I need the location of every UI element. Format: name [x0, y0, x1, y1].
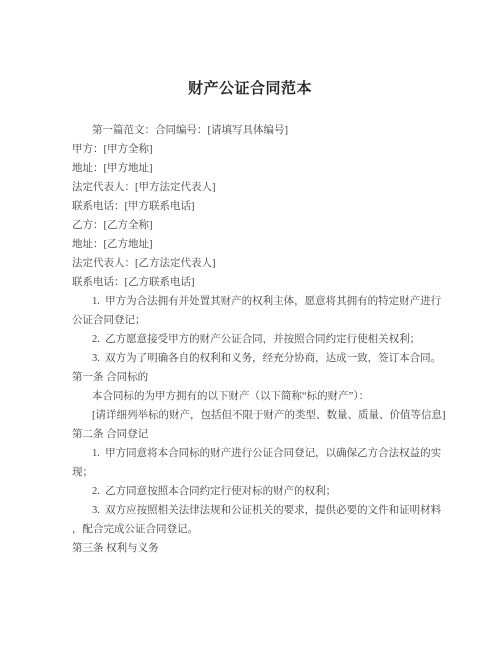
- document-line: 现；: [72, 463, 432, 482]
- document-line: 乙方：[乙方全称]: [72, 216, 432, 235]
- document-line: 法定代表人：[甲方法定代表人]: [72, 178, 432, 197]
- document-line: 2. 乙方愿意接受甲方的财产公证合同，并按照合同约定行使相关权利；: [72, 330, 432, 349]
- section-heading: 第三条 权利与义务: [72, 539, 432, 558]
- document-line: 甲方：[甲方全称]: [72, 140, 432, 159]
- document-line: 公证合同登记；: [72, 311, 432, 330]
- document-body: 第一篇范文：合同编号：[请填写具体编号]甲方：[甲方全称]地址：[甲方地址]法定…: [72, 121, 432, 558]
- document-line: 联系电话：[乙方联系电话]: [72, 273, 432, 292]
- document-line: 3. 双方应按照相关法律法规和公证机关的要求，提供必要的文件和证明材料: [72, 501, 432, 520]
- document-line: 3. 双方为了明确各自的权利和义务，经充分协商，达成一致，签订本合同。: [72, 349, 432, 368]
- document-line: 地址：[甲方地址]: [72, 159, 432, 178]
- document-line: 本合同标的为甲方拥有的以下财产（以下简称“标的财产”）：: [72, 387, 432, 406]
- section-heading: 第一条 合同标的: [72, 368, 432, 387]
- document-title: 财产公证合同范本: [0, 0, 500, 100]
- document-line: 法定代表人：[乙方法定代表人]: [72, 254, 432, 273]
- document-line: ，配合完成公证合同登记。: [72, 520, 432, 539]
- document-line: 联系电话：[甲方联系电话]: [72, 197, 432, 216]
- document-line: 2. 乙方同意按照本合同约定行使对标的财产的权利；: [72, 482, 432, 501]
- document-line: 1. 甲方为合法拥有并处置其财产的权利主体，愿意将其拥有的特定财产进行: [72, 292, 432, 311]
- document-line: 地址：[乙方地址]: [72, 235, 432, 254]
- document-page: 财产公证合同范本 第一篇范文：合同编号：[请填写具体编号]甲方：[甲方全称]地址…: [0, 0, 500, 647]
- document-line: 1. 甲方同意将本合同标的财产进行公证合同登记，以确保乙方合法权益的实: [72, 444, 432, 463]
- document-line: [请详细列举标的财产，包括但不限于财产的类型、数量、质量、价值等信息]: [72, 406, 432, 425]
- section-heading: 第二条 合同登记: [72, 425, 432, 444]
- document-line: 第一篇范文：合同编号：[请填写具体编号]: [72, 121, 432, 140]
